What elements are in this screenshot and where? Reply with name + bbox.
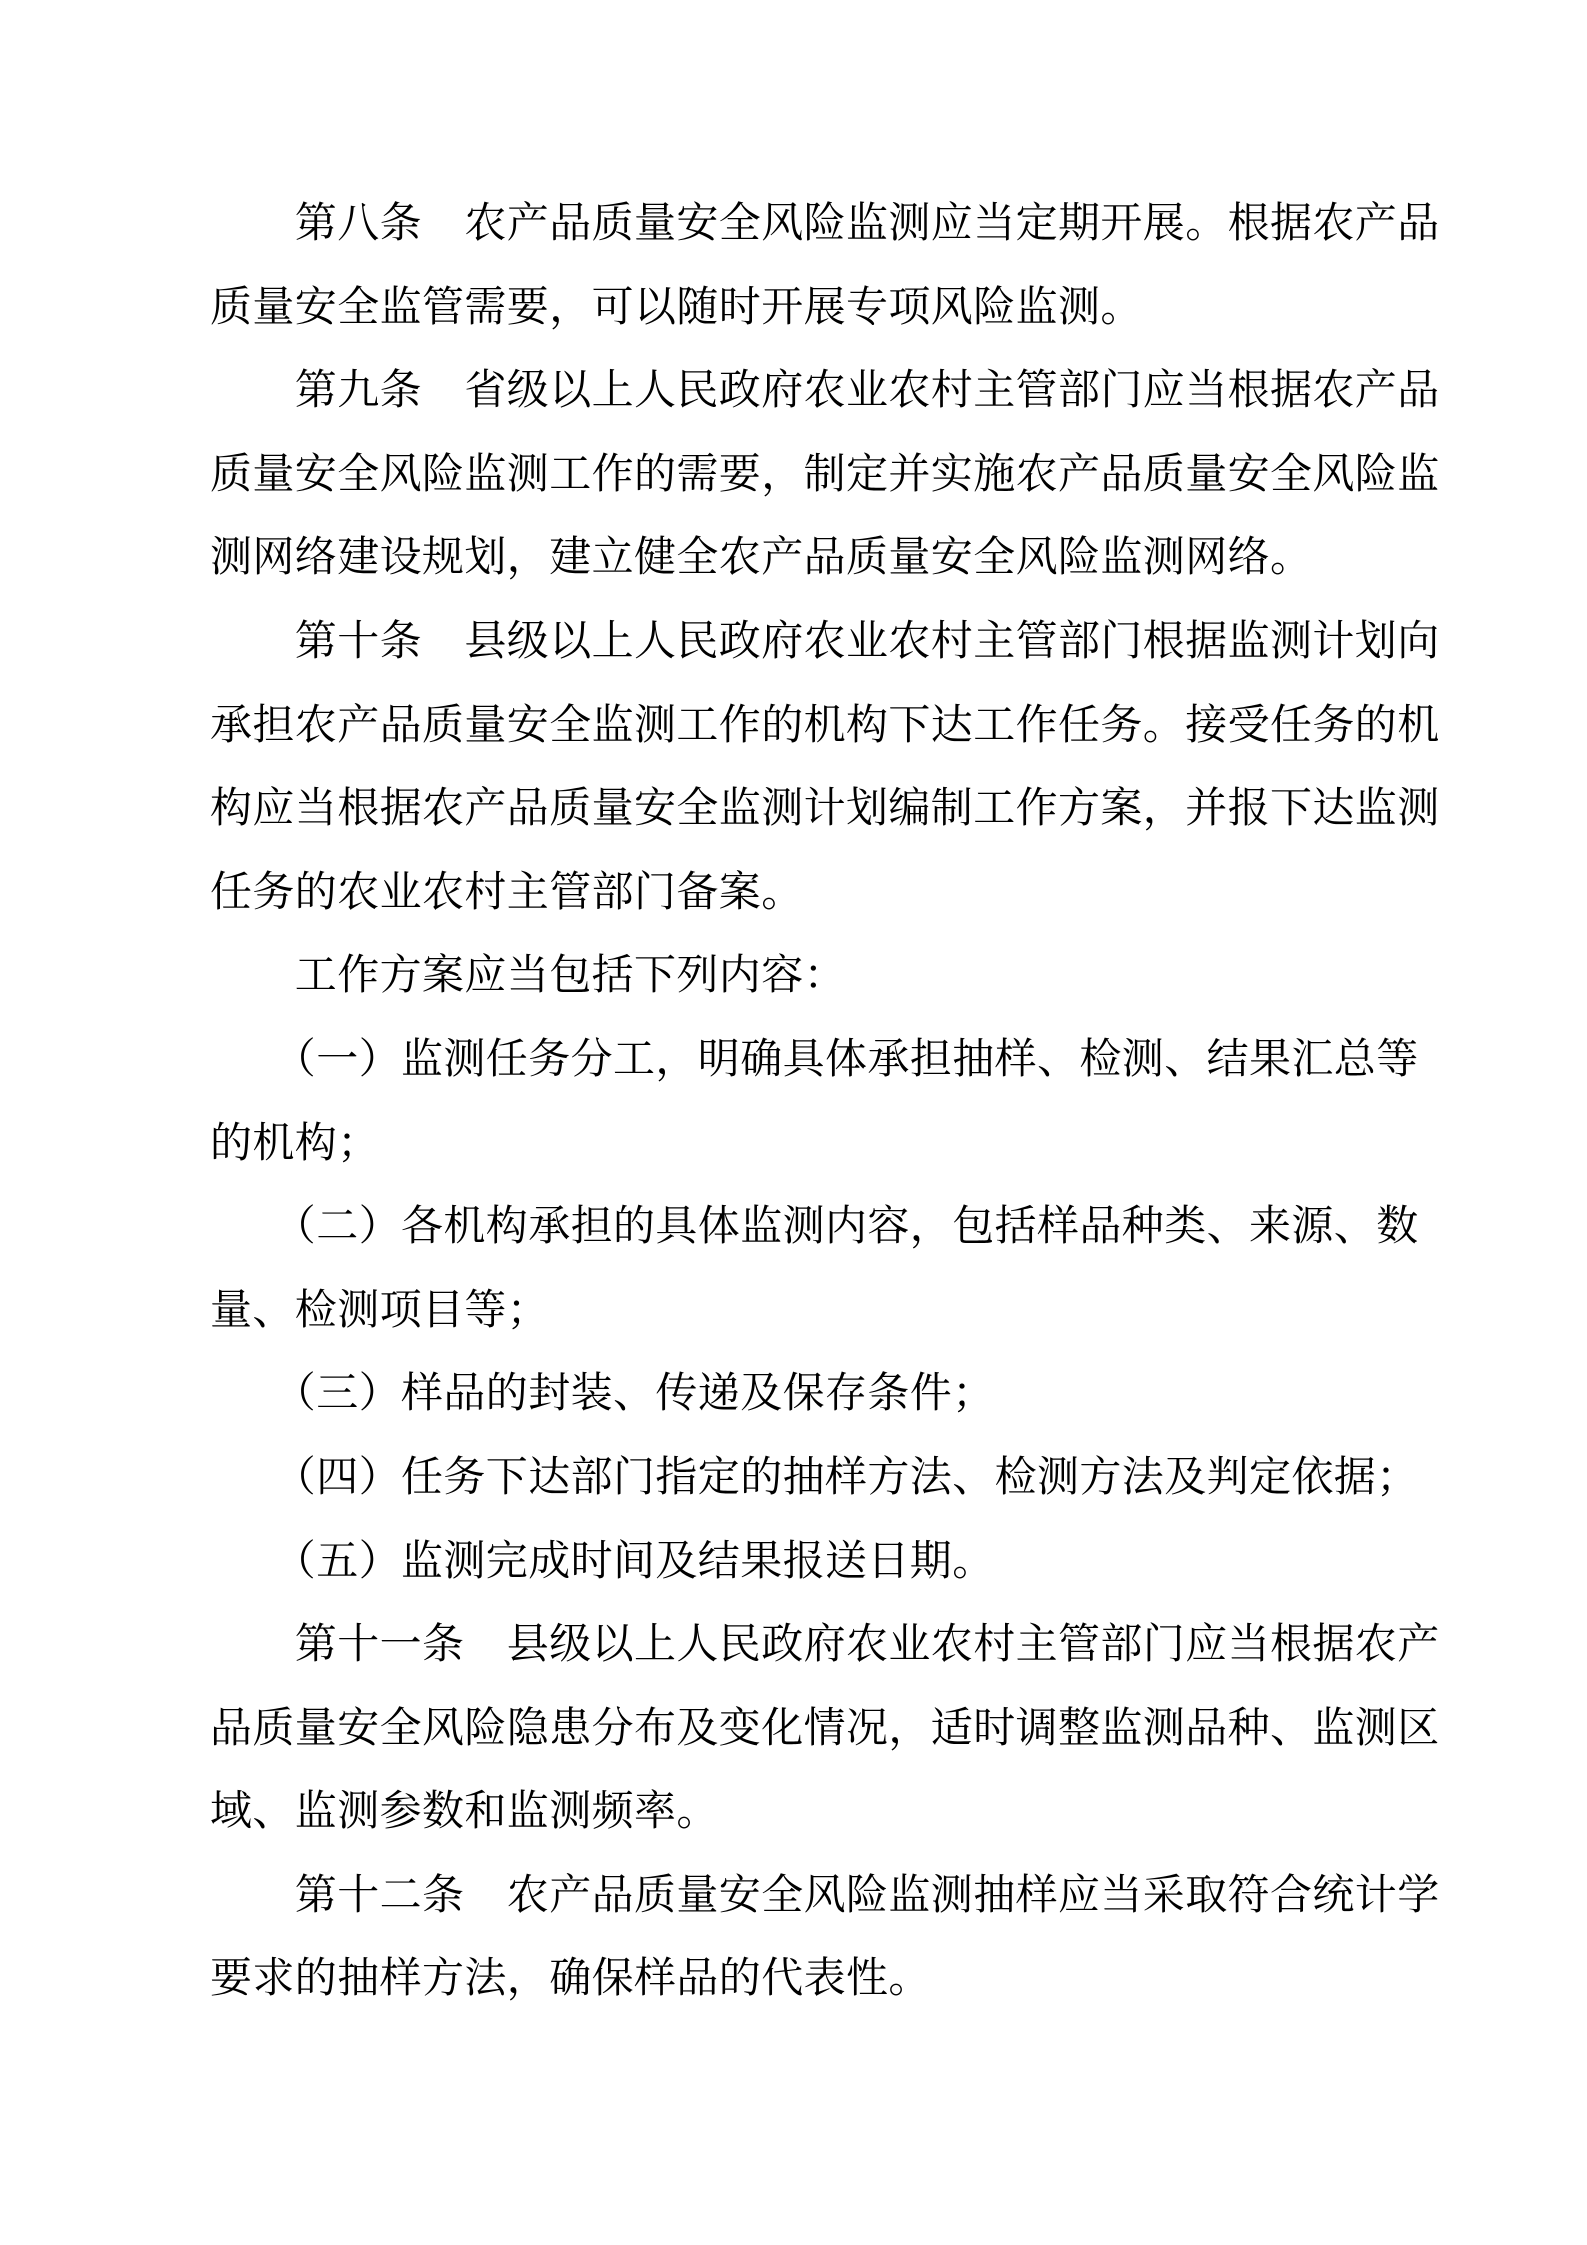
paragraph-item-5: （五）监测完成时间及结果报送日期。 (210, 1521, 1470, 1605)
document-body: 第八条 农产品质量安全风险监测应当定期开展。根据农产品质量安全监管需要，可以随时… (210, 183, 1470, 2022)
paragraph-work-plan-intro: 工作方案应当包括下列内容： (210, 935, 1470, 1019)
text-line: 第十条 县级以上人民政府农业农村主管部门根据监测计划向 (210, 601, 1470, 685)
paragraph-item-3: （三）样品的封装、传递及保存条件； (210, 1353, 1470, 1437)
paragraph-article-8: 第八条 农产品质量安全风险监测应当定期开展。根据农产品质量安全监管需要，可以随时… (210, 183, 1470, 350)
text-line: （三）样品的封装、传递及保存条件； (210, 1353, 1470, 1437)
text-line: 承担农产品质量安全监测工作的机构下达工作任务。接受任务的机 (210, 685, 1470, 769)
text-line: 要求的抽样方法，确保样品的代表性。 (210, 1938, 1470, 2022)
paragraph-item-4: （四）任务下达部门指定的抽样方法、检测方法及判定依据； (210, 1437, 1470, 1521)
text-line: （二）各机构承担的具体监测内容，包括样品种类、来源、数 (210, 1186, 1470, 1270)
text-line: 构应当根据农产品质量安全监测计划编制工作方案，并报下达监测 (210, 768, 1470, 852)
paragraph-article-10: 第十条 县级以上人民政府农业农村主管部门根据监测计划向承担农产品质量安全监测工作… (210, 601, 1470, 935)
text-line: 的机构； (210, 1103, 1470, 1187)
text-line: 质量安全风险监测工作的需要，制定并实施农产品质量安全风险监 (210, 434, 1470, 518)
paragraph-item-1: （一）监测任务分工，明确具体承担抽样、检测、结果汇总等的机构； (210, 1019, 1470, 1186)
text-line: （五）监测完成时间及结果报送日期。 (210, 1521, 1470, 1605)
text-line: 任务的农业农村主管部门备案。 (210, 852, 1470, 936)
text-line: 域、监测参数和监测频率。 (210, 1771, 1470, 1855)
text-line: 工作方案应当包括下列内容： (210, 935, 1470, 1019)
text-line: 第十二条 农产品质量安全风险监测抽样应当采取符合统计学 (210, 1855, 1470, 1939)
text-line: 测网络建设规划，建立健全农产品质量安全风险监测网络。 (210, 517, 1470, 601)
text-line: （一）监测任务分工，明确具体承担抽样、检测、结果汇总等 (210, 1019, 1470, 1103)
paragraph-item-2: （二）各机构承担的具体监测内容，包括样品种类、来源、数量、检测项目等； (210, 1186, 1470, 1353)
paragraph-article-12: 第十二条 农产品质量安全风险监测抽样应当采取符合统计学要求的抽样方法，确保样品的… (210, 1855, 1470, 2022)
text-line: 品质量安全风险隐患分布及变化情况，适时调整监测品种、监测区 (210, 1688, 1470, 1772)
text-line: 质量安全监管需要，可以随时开展专项风险监测。 (210, 267, 1470, 351)
text-line: 第十一条 县级以上人民政府农业农村主管部门应当根据农产 (210, 1604, 1470, 1688)
text-line: （四）任务下达部门指定的抽样方法、检测方法及判定依据； (210, 1437, 1470, 1521)
text-line: 第八条 农产品质量安全风险监测应当定期开展。根据农产品 (210, 183, 1470, 267)
text-line: 量、检测项目等； (210, 1270, 1470, 1354)
paragraph-article-11: 第十一条 县级以上人民政府农业农村主管部门应当根据农产品质量安全风险隐患分布及变… (210, 1604, 1470, 1855)
paragraph-article-9: 第九条 省级以上人民政府农业农村主管部门应当根据农产品质量安全风险监测工作的需要… (210, 350, 1470, 601)
text-line: 第九条 省级以上人民政府农业农村主管部门应当根据农产品 (210, 350, 1470, 434)
document-page: 第八条 农产品质量安全风险监测应当定期开展。根据农产品质量安全监管需要，可以随时… (0, 0, 1587, 2245)
